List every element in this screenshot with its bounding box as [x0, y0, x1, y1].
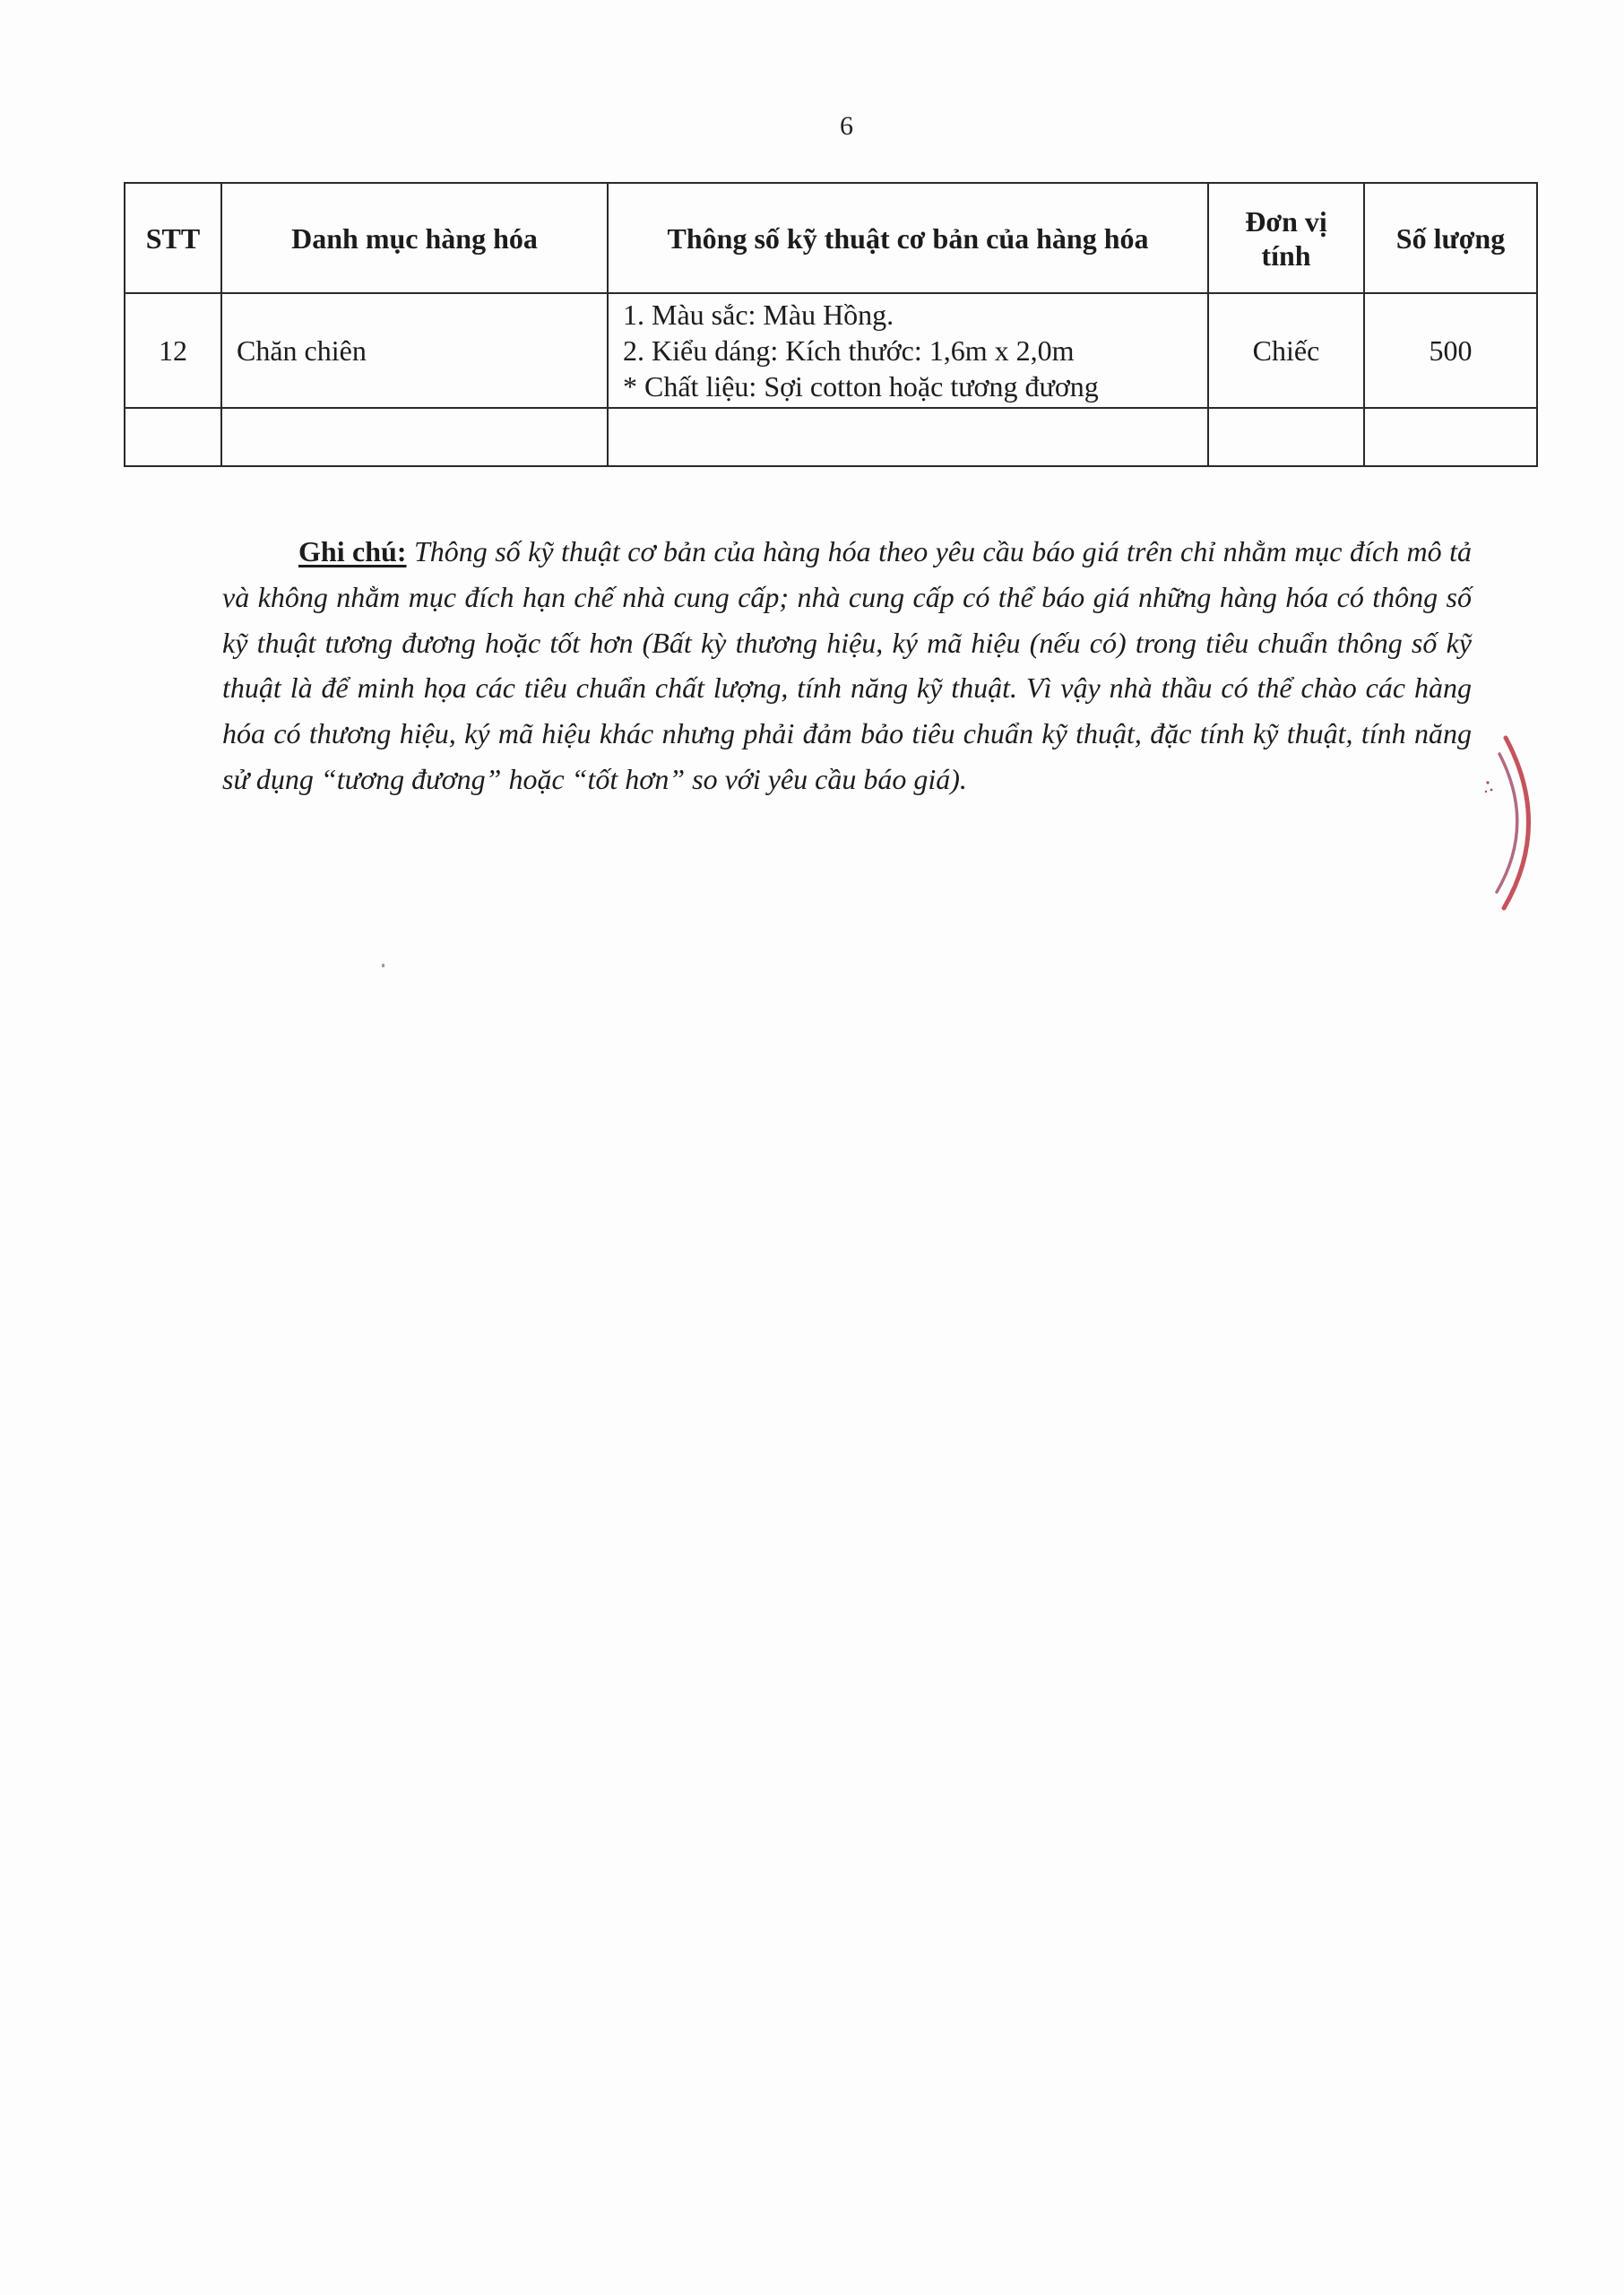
scan-speck: [382, 964, 384, 967]
empty-cell: [608, 408, 1208, 466]
header-stt: STT: [125, 183, 221, 293]
empty-cell: [1364, 408, 1537, 466]
header-name: Danh mục hàng hóa: [221, 183, 608, 293]
empty-cell: [125, 408, 221, 466]
cell-qty: 500: [1364, 293, 1537, 408]
spec-line: * Chất liệu: Sợi cotton hoặc tương đương: [623, 368, 1207, 404]
note-label: Ghi chú:: [298, 535, 407, 567]
spec-line: 2. Kiểu dáng: Kích thước: 1,6m x 2,0m: [623, 333, 1207, 368]
table-row-empty: [125, 408, 1537, 466]
header-unit: Đơn vị tính: [1208, 183, 1364, 293]
header-qty: Số lượng: [1364, 183, 1537, 293]
table-header-row: STT Danh mục hàng hóa Thông số kỹ thuật …: [125, 183, 1537, 293]
note-text: Thông số kỹ thuật cơ bản của hàng hóa th…: [222, 535, 1472, 795]
empty-cell: [1208, 408, 1364, 466]
cell-unit: Chiếc: [1208, 293, 1364, 408]
cell-name: Chăn chiên: [221, 293, 608, 408]
header-unit-line1: Đơn vị: [1245, 205, 1327, 238]
table-row: 12 Chăn chiên 1. Màu sắc: Màu Hồng. 2. K…: [125, 293, 1537, 408]
red-seal-stamp-icon: [1470, 731, 1559, 919]
empty-cell: [221, 408, 608, 466]
cell-stt: 12: [125, 293, 221, 408]
header-spec: Thông số kỹ thuật cơ bản của hàng hóa: [608, 183, 1208, 293]
spec-line: 1. Màu sắc: Màu Hồng.: [623, 297, 1207, 333]
header-unit-line2: tính: [1261, 239, 1310, 272]
goods-table: STT Danh mục hàng hóa Thông số kỹ thuật …: [124, 182, 1538, 467]
page-number: 6: [0, 111, 1624, 142]
note-paragraph: Ghi chú: Thông số kỹ thuật cơ bản của hà…: [222, 529, 1472, 802]
cell-spec: 1. Màu sắc: Màu Hồng. 2. Kiểu dáng: Kích…: [608, 293, 1208, 408]
